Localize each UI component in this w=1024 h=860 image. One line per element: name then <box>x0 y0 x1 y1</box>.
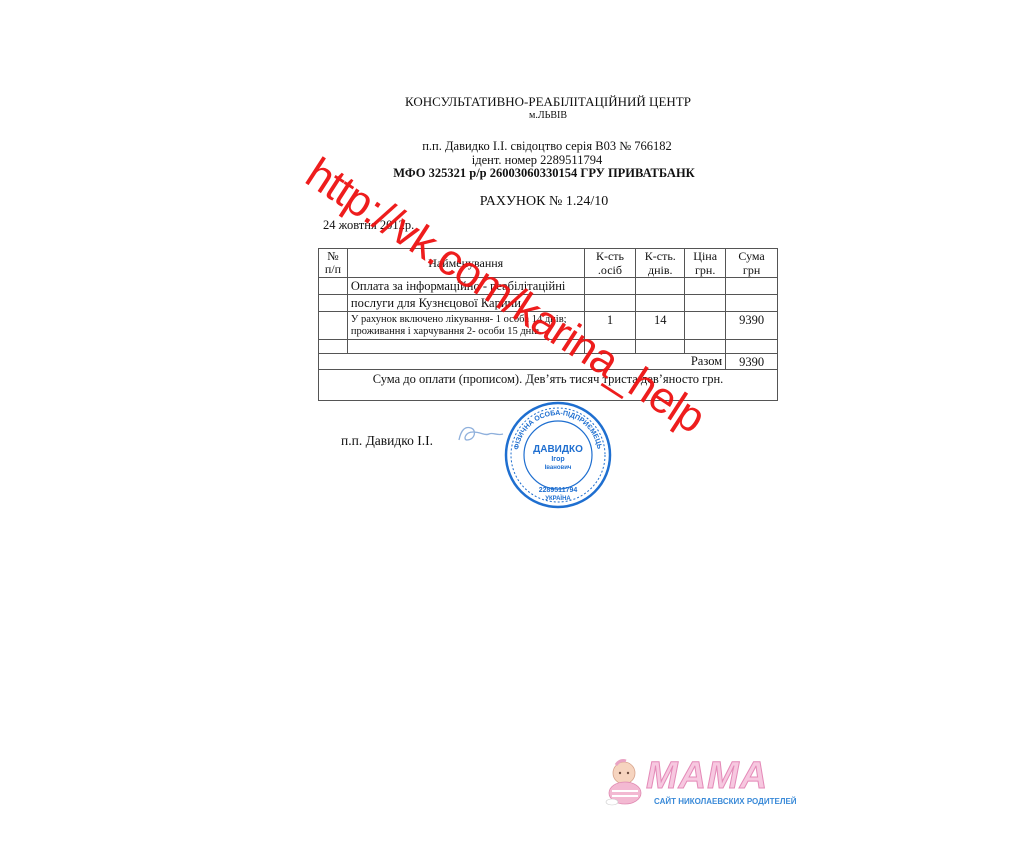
total-label: Разом <box>319 354 726 370</box>
cell-price <box>685 295 726 312</box>
mama-site-logo: МАМА САЙТ НИКОЛАЕВСКИХ РОДИТЕЛЕЙ <box>604 755 784 811</box>
cell-price <box>685 312 726 340</box>
cell-sum <box>726 295 778 312</box>
cell-days <box>636 340 685 354</box>
cell-no <box>319 312 348 340</box>
cell-price <box>685 340 726 354</box>
amount-in-words: Сума до оплати (прописом). Дев’ять тисяч… <box>319 370 778 401</box>
svg-text:2289511794: 2289511794 <box>539 487 578 494</box>
header-no: №п/п <box>319 249 348 278</box>
signature-label: п.п. Давидко І.І. <box>341 433 433 449</box>
header-days: К-сть.днів. <box>636 249 685 278</box>
svg-text:ДАВИДКО: ДАВИДКО <box>533 444 583 455</box>
organization-name: КОНСУЛЬТАТИВНО-РЕАБІЛІТАЦІЙНИЙ ЦЕНТР <box>405 94 691 110</box>
cell-days: 14 <box>636 312 685 340</box>
cell-days <box>636 278 685 295</box>
cell-price <box>685 278 726 295</box>
cell-no <box>319 295 348 312</box>
svg-text:Ігор: Ігор <box>551 456 564 463</box>
logo-title: МАМА <box>646 755 768 798</box>
bank-details: МФО 325321 р/р 26003060330154 ГРУ ПРИВАТ… <box>393 166 695 181</box>
company-stamp: ФІЗИЧНА ОСОБА-ПІДПРИЄМЕЦЬ ДАВИДКО Ігор І… <box>503 400 613 510</box>
city: м.ЛЬВІВ <box>529 110 567 121</box>
cell-persons <box>584 278 636 295</box>
cell-sum <box>726 278 778 295</box>
invoice-title: РАХУНОК № 1.24/10 <box>480 194 608 210</box>
total-value: 9390 <box>726 354 778 370</box>
total-row: Разом 9390 <box>319 354 778 370</box>
table-header-row: №п/п Найменування К-сть.осіб К-сть.днів.… <box>319 249 778 278</box>
cell-no <box>319 278 348 295</box>
cell-no <box>319 340 348 354</box>
baby-icon <box>604 757 646 807</box>
logo-subtitle: САЙТ НИКОЛАЕВСКИХ РОДИТЕЛЕЙ <box>654 797 797 806</box>
svg-text:УКРАЇНА: УКРАЇНА <box>545 495 571 502</box>
certificate-info: п.п. Давидко І.І. свідоцтво серія В03 № … <box>422 139 672 154</box>
table-row: Оплата за інформаційно - реабілітаційні <box>319 278 778 295</box>
header-persons: К-сть.осіб <box>584 249 636 278</box>
amount-in-words-row: Сума до оплати (прописом). Дев’ять тисяч… <box>319 370 778 401</box>
cell-persons <box>584 295 636 312</box>
cell-sum: 9390 <box>726 312 778 340</box>
header-price: Цінагрн. <box>685 249 726 278</box>
cell-sum <box>726 340 778 354</box>
header-sum: Сумагрн <box>726 249 778 278</box>
cell-days <box>636 295 685 312</box>
svg-text:Іванович: Іванович <box>545 465 572 471</box>
